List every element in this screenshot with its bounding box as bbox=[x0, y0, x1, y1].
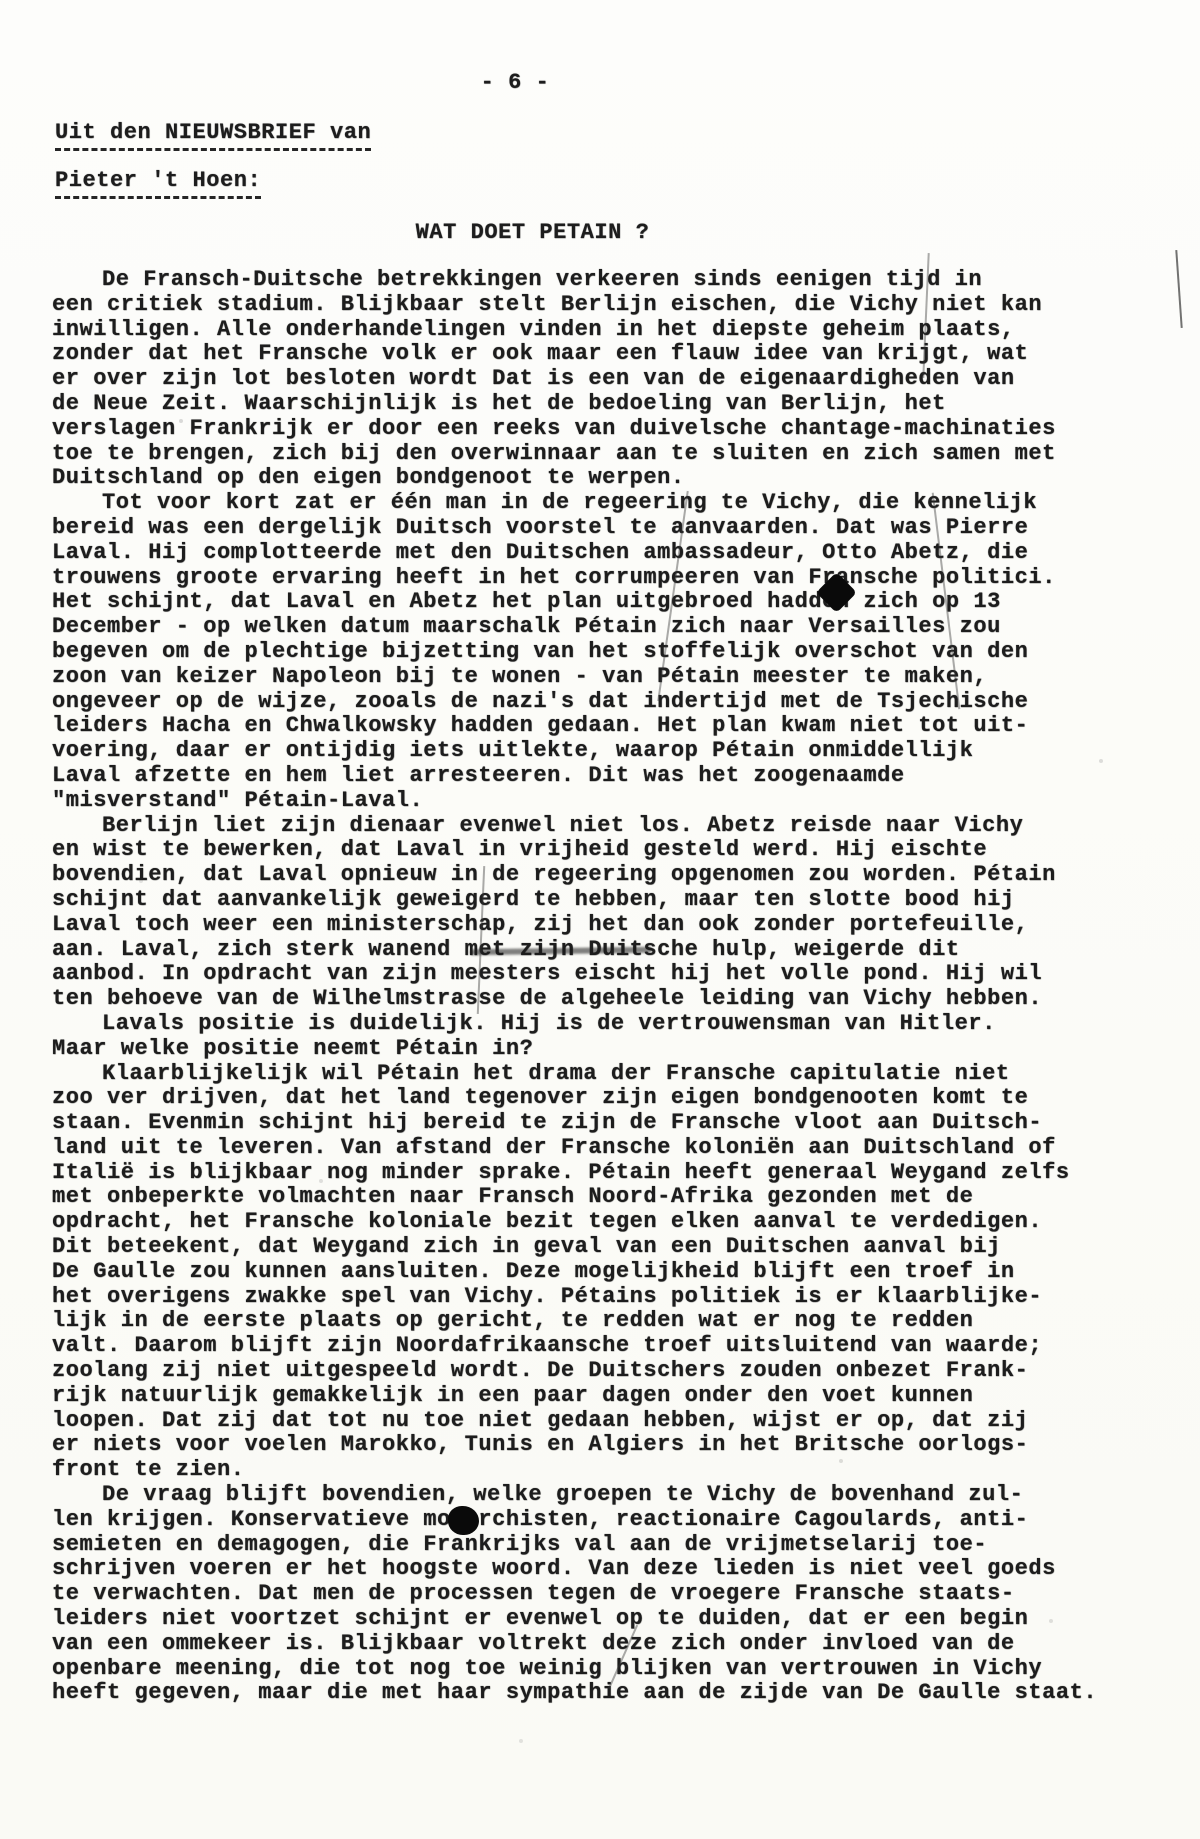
text-line: loopen. Dat zij dat tot nu toe niet geda… bbox=[52, 1409, 1172, 1434]
text-line: len krijgen. Konservatieve monarchisten,… bbox=[52, 1508, 1172, 1533]
text-line: inwilligen. Alle onderhandelingen vinden… bbox=[52, 318, 1172, 343]
text-line: Dit beteekent, dat Weygand zich in geval… bbox=[52, 1235, 1172, 1260]
text-line: "misverstand" Pétain-Laval. bbox=[52, 789, 1172, 814]
text-line: valt. Daarom blijft zijn Noordafrikaansc… bbox=[52, 1334, 1172, 1359]
text-line: trouwens groote ervaring heeft in het co… bbox=[52, 566, 1172, 591]
text-line: schijnt dat aanvankelijk geweigerd te he… bbox=[52, 888, 1172, 913]
article-title: WAT DOET PETAIN ? bbox=[0, 220, 1065, 245]
text-line: bovendien, dat Laval opnieuw in de regee… bbox=[52, 863, 1172, 888]
text-line: semieten en demagogen, die Frankrijks va… bbox=[52, 1533, 1172, 1558]
text-line: zonder dat het Fransche volk er ook maar… bbox=[52, 342, 1172, 367]
text-line: zoolang zij niet uitgespeeld wordt. De D… bbox=[52, 1359, 1172, 1384]
text-line: Lavals positie is duidelijk. Hij is de v… bbox=[52, 1012, 1172, 1037]
text-line: Laval toch weer een ministerschap, zij h… bbox=[52, 913, 1172, 938]
text-line: Duitschland op den eigen bondgenoot te w… bbox=[52, 466, 1172, 491]
source-attribution: Uit den NIEUWSBRIEF van Pieter 't Hoen: bbox=[55, 120, 371, 216]
text-line: er niets voor voelen Marokko, Tunis en A… bbox=[52, 1433, 1172, 1458]
text-line: ten behoeve van de Wilhelmstrasse de alg… bbox=[52, 987, 1172, 1012]
paragraph: Tot voor kort zat er één man in de regee… bbox=[52, 491, 1172, 813]
text-line: te verwachten. Dat men de processen tege… bbox=[52, 1582, 1172, 1607]
text-line: heeft gegeven, maar die met haar sympath… bbox=[52, 1681, 1172, 1706]
page-number: - 6 - bbox=[0, 70, 1030, 95]
text-line: schrijven voeren er het hoogste woord. V… bbox=[52, 1557, 1172, 1582]
text-line: zoo ver drijven, dat het land tegenover … bbox=[52, 1086, 1172, 1111]
paragraph: De Fransch-Duitsche betrekkingen verkeer… bbox=[52, 268, 1172, 491]
text-line: zoon van keizer Napoleon bij te wonen - … bbox=[52, 665, 1172, 690]
text-line: een critiek stadium. Blijkbaar stelt Ber… bbox=[52, 293, 1172, 318]
text-line: verslagen Frankrijk er door een reeks va… bbox=[52, 417, 1172, 442]
text-line: Maar welke positie neemt Pétain in? bbox=[52, 1037, 1172, 1062]
text-line: van een ommekeer is. Blijkbaar voltrekt … bbox=[52, 1632, 1172, 1657]
paragraph: Lavals positie is duidelijk. Hij is de v… bbox=[52, 1012, 1172, 1062]
paragraph: Berlijn liet zijn dienaar evenwel niet l… bbox=[52, 814, 1172, 1012]
text-line: Laval. Hij complotteerde met den Duitsch… bbox=[52, 541, 1172, 566]
scanned-document-page: { "colors": { "paper": "#fdfdfb", "ink":… bbox=[0, 0, 1200, 1839]
text-line: leiders niet voortzet schijnt er evenwel… bbox=[52, 1607, 1172, 1632]
text-line: leiders Hacha en Chwalkowsky hadden geda… bbox=[52, 714, 1172, 739]
text-line: en wist te bewerken, dat Laval in vrijhe… bbox=[52, 838, 1172, 863]
text-line: begeven om de plechtige bijzetting van h… bbox=[52, 640, 1172, 665]
ink-blot bbox=[448, 1506, 479, 1535]
text-line: aanbod. In opdracht van zijn meesters ei… bbox=[52, 962, 1172, 987]
text-line: het overigens zwakke spel van Vichy. Pét… bbox=[52, 1285, 1172, 1310]
text-line: front te zien. bbox=[52, 1458, 1172, 1483]
text-line: de Neue Zeit. Waarschijnlijk is het de b… bbox=[52, 392, 1172, 417]
text-line: lijk in de eerste plaats op gericht, te … bbox=[52, 1309, 1172, 1334]
text-line: Italië is blijkbaar nog minder sprake. P… bbox=[52, 1161, 1172, 1186]
text-line: De Fransch-Duitsche betrekkingen verkeer… bbox=[52, 268, 1172, 293]
text-line: Het schijnt, dat Laval en Abetz het plan… bbox=[52, 590, 1172, 615]
scan-edge-mark bbox=[1175, 250, 1182, 328]
text-line: bereid was een dergelijk Duitsch voorste… bbox=[52, 516, 1172, 541]
text-line: Klaarblijkelijk wil Pétain het drama der… bbox=[52, 1062, 1172, 1087]
text-line: Berlijn liet zijn dienaar evenwel niet l… bbox=[52, 814, 1172, 839]
text-line: Tot voor kort zat er één man in de regee… bbox=[52, 491, 1172, 516]
document-body: De Fransch-Duitsche betrekkingen verkeer… bbox=[52, 268, 1172, 1706]
text-line: land uit te leveren. Van afstand der Fra… bbox=[52, 1136, 1172, 1161]
text-line: met onbeperkte volmachten naar Fransch N… bbox=[52, 1185, 1172, 1210]
text-line: rijk natuurlijk gemakkelijk in een paar … bbox=[52, 1384, 1172, 1409]
text-line: toe te brengen, zich bij den overwinnaar… bbox=[52, 442, 1172, 467]
text-line: staan. Evenmin schijnt hij bereid te zij… bbox=[52, 1111, 1172, 1136]
paragraph: Klaarblijkelijk wil Pétain het drama der… bbox=[52, 1062, 1172, 1484]
text-line: voering, daar er ontijdig iets uitlekte,… bbox=[52, 739, 1172, 764]
text-line: De Gaulle zou kunnen aansluiten. Deze mo… bbox=[52, 1260, 1172, 1285]
text-line: December - op welken datum maarschalk Pé… bbox=[52, 615, 1172, 640]
scan-speckles bbox=[0, 0, 2, 2]
paragraph: De vraag blijft bovendien, welke groepen… bbox=[52, 1483, 1172, 1706]
text-line: Laval afzette en hem liet arresteeren. D… bbox=[52, 764, 1172, 789]
source-line-1: Uit den NIEUWSBRIEF van bbox=[55, 120, 371, 151]
text-line: ongeveer op de wijze, zooals de nazi's d… bbox=[52, 690, 1172, 715]
text-line: De vraag blijft bovendien, welke groepen… bbox=[52, 1483, 1172, 1508]
text-line: opdracht, het Fransche koloniale bezit t… bbox=[52, 1210, 1172, 1235]
text-line: er over zijn lot besloten wordt Dat is e… bbox=[52, 367, 1172, 392]
source-line-2: Pieter 't Hoen: bbox=[55, 168, 261, 199]
